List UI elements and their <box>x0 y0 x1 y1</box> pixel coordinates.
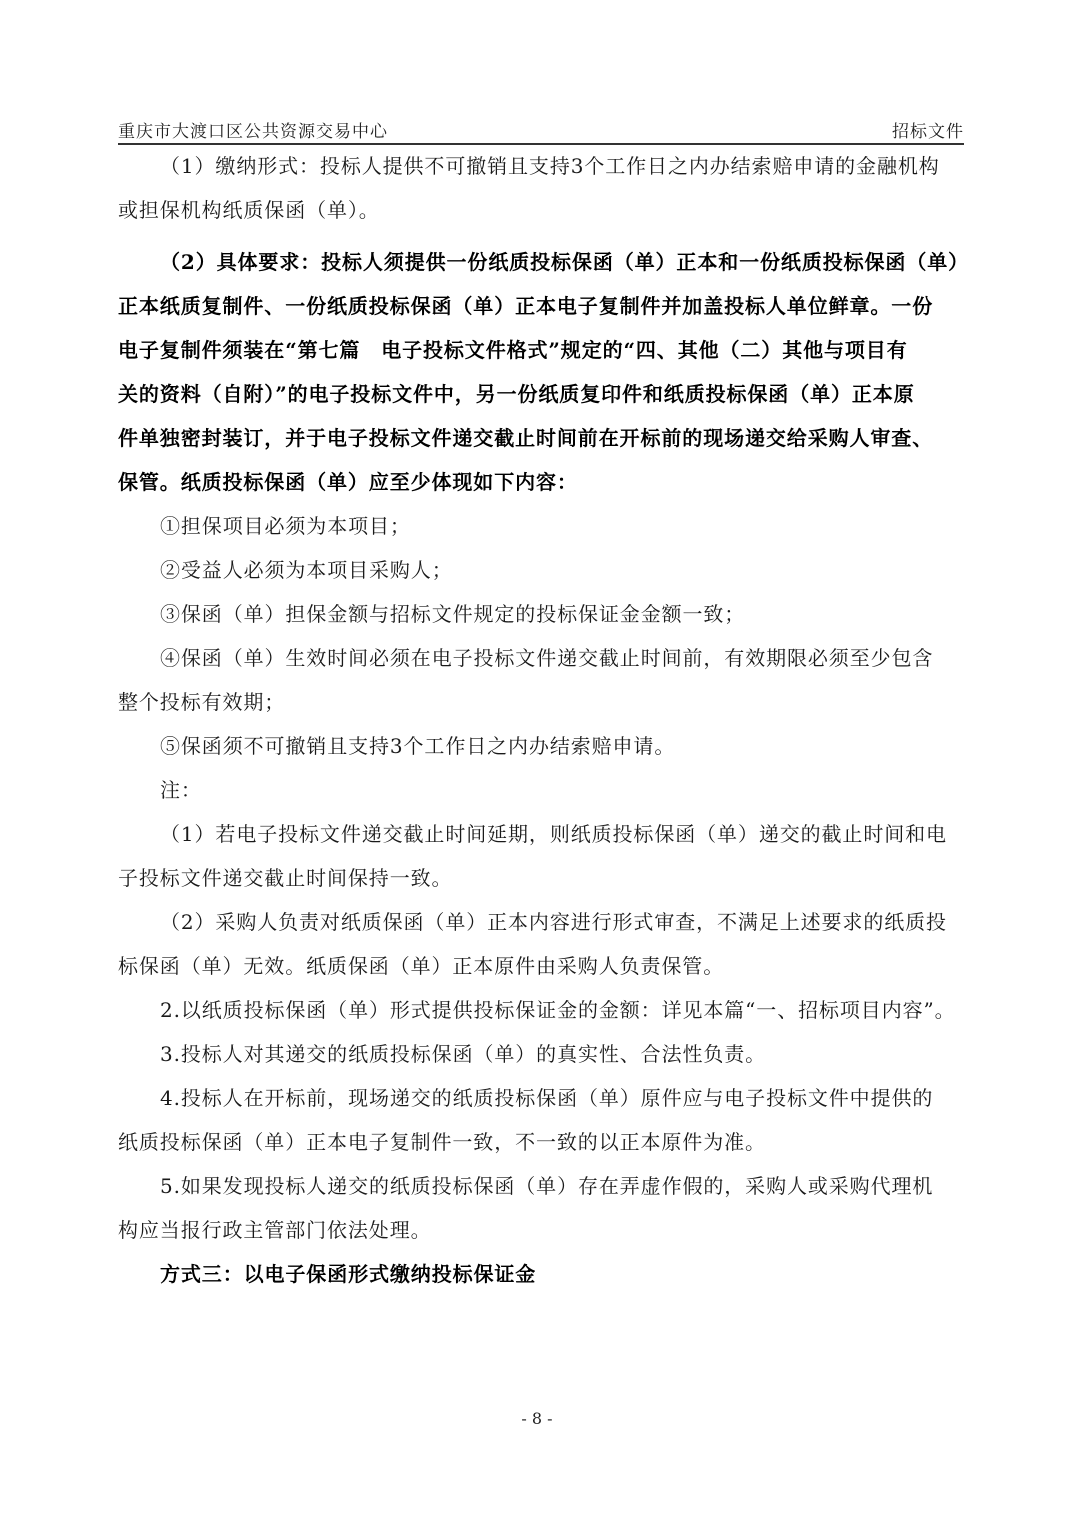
page-number: - 8 - <box>0 1409 1074 1428</box>
clause-4-continued: 纸质投标保函（单）正本电子复制件一致，不一致的以正本原件为准。 <box>118 1120 970 1164</box>
page-header: 重庆市大渡口区公共资源交易中心 招标文件 <box>118 117 964 145</box>
list-item-3: ③保函（单）担保金额与招标文件规定的投标保证金金额一致； <box>118 592 970 636</box>
list-item-2: ②受益人必须为本项目采购人； <box>118 548 970 592</box>
clause-4: 4.投标人在开标前，现场递交的纸质投标保函（单）原件应与电子投标文件中提供的 <box>118 1076 970 1120</box>
note-item-1-continued: 子投标文件递交截止时间保持一致。 <box>118 856 970 900</box>
clause-5-continued: 构应当报行政主管部门依法处理。 <box>118 1208 970 1252</box>
clause-5: 5.如果发现投标人递交的纸质投标保函（单）存在弄虚作假的，采购人或采购代理机 <box>118 1164 970 1208</box>
header-organization: 重庆市大渡口区公共资源交易中心 <box>118 117 388 142</box>
paragraph-line-bold: 件单独密封装订，并于电子投标文件递交截止时间前在开标前的现场递交给采购人审查、 <box>118 416 970 460</box>
paragraph-line: （1）缴纳形式：投标人提供不可撤销且支持3个工作日之内办结索赔申请的金融机构 <box>118 144 970 188</box>
clause-3: 3.投标人对其递交的纸质投标保函（单）的真实性、合法性负责。 <box>118 1032 970 1076</box>
list-item-5: ⑤保函须不可撤销且支持3个工作日之内办结索赔申请。 <box>118 724 970 768</box>
paragraph-line-bold: 正本纸质复制件、一份纸质投标保函（单）正本电子复制件并加盖投标人单位鲜章。一份 <box>118 284 970 328</box>
paragraph-line-bold: 电子复制件须装在“第七篇 电子投标文件格式”规定的“四、其他（二）其他与项目有 <box>118 328 970 372</box>
note-label: 注： <box>118 768 970 812</box>
section-heading: 方式三：以电子保函形式缴纳投标保证金 <box>118 1252 970 1296</box>
note-item-2: （2）采购人负责对纸质保函（单）正本内容进行形式审查，不满足上述要求的纸质投 <box>118 900 970 944</box>
paragraph-line: 或担保机构纸质保函（单）。 <box>118 188 970 232</box>
paragraph-line-bold: 关的资料（自附）”的电子投标文件中，另一份纸质复印件和纸质投标保函（单）正本原 <box>118 372 970 416</box>
note-item-1: （1）若电子投标文件递交截止时间延期，则纸质投标保函（单）递交的截止时间和电 <box>118 812 970 856</box>
clause-2: 2.以纸质投标保函（单）形式提供投标保证金的金额：详见本篇“一、招标项目内容”。 <box>118 988 970 1032</box>
list-item-4-continued: 整个投标有效期； <box>118 680 970 724</box>
document-body: （1）缴纳形式：投标人提供不可撤销且支持3个工作日之内办结索赔申请的金融机构 或… <box>118 144 970 1296</box>
note-item-2-continued: 标保函（单）无效。纸质保函（单）正本原件由采购人负责保管。 <box>118 944 970 988</box>
list-item-4: ④保函（单）生效时间必须在电子投标文件递交截止时间前，有效期限必须至少包含 <box>118 636 970 680</box>
header-document-type: 招标文件 <box>892 117 964 142</box>
list-item-1: ①担保项目必须为本项目； <box>118 504 970 548</box>
paragraph-line-bold: 保管。纸质投标保函（单）应至少体现如下内容： <box>118 460 970 504</box>
paragraph-line-bold: （2）具体要求：投标人须提供一份纸质投标保函（单）正本和一份纸质投标保函（单） <box>118 240 970 284</box>
